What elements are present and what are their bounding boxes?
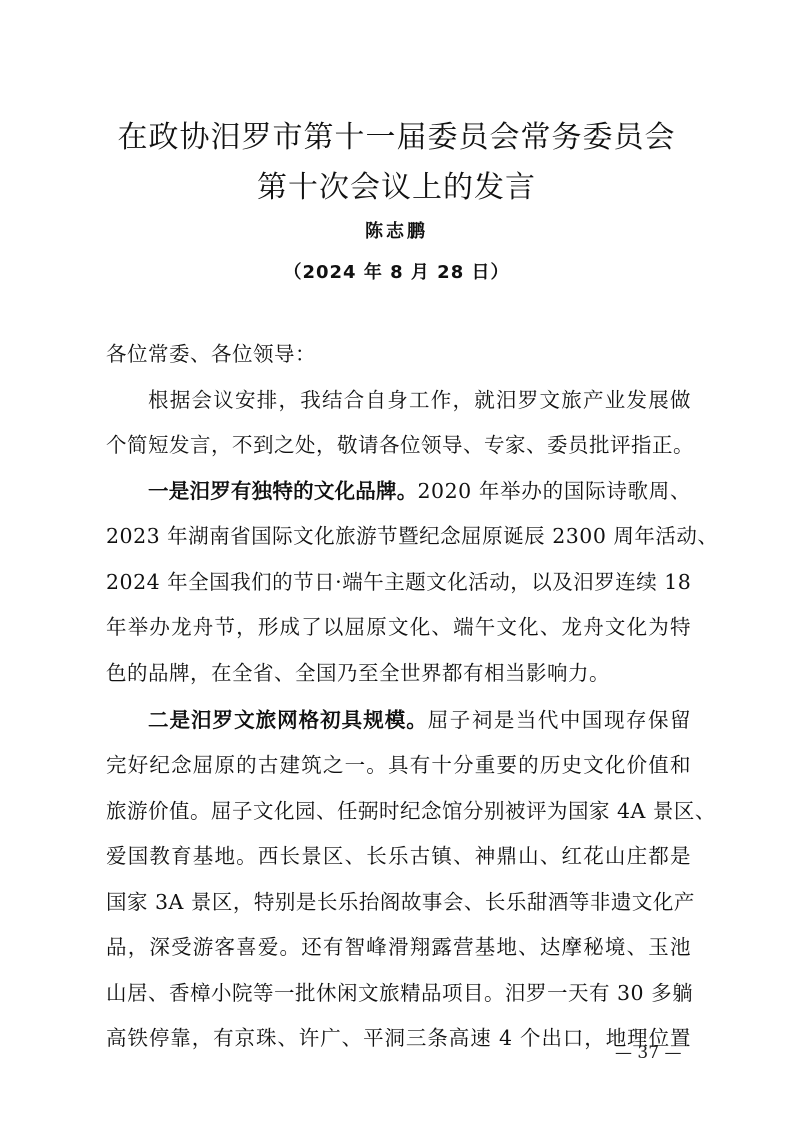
section2-first-line-text: 屈子祠是当代中国现存保留 bbox=[428, 708, 691, 732]
section1-line: 色的品牌，在全省、全国乃至全世界都有相当影响力。 bbox=[106, 660, 691, 686]
section2-line: 完好纪念屈原的古建筑之一。具有十分重要的历史文化价值和 bbox=[106, 752, 691, 778]
page-number: — 37 — bbox=[615, 1043, 681, 1063]
section1-first-line: 一是汨罗有独特的文化品牌。2020 年举办的国际诗歌周、 bbox=[106, 478, 691, 504]
section2-line: 国家 3A 景区，特别是长乐抬阁故事会、长乐甜酒等非遗文化产 bbox=[106, 889, 691, 915]
salutation: 各位常委、各位领导： bbox=[106, 341, 691, 367]
intro-line: 个简短发言，不到之处，敬请各位领导、专家、委员批评指正。 bbox=[106, 432, 691, 458]
section1-heading: 一是汨罗有独特的文化品牌。 bbox=[148, 479, 418, 503]
section1-first-line-text: 2020 年举办的国际诗歌周、 bbox=[418, 479, 692, 503]
section1-line: 2024 年全国我们的节日·端午主题文化活动，以及汨罗连续 18 bbox=[106, 569, 691, 595]
section2-line: 品，深受游客喜爱。还有智峰滑翔露营基地、达摩秘境、玉池 bbox=[106, 934, 691, 960]
section1-line: 年举办龙舟节，形成了以屈原文化、端午文化、龙舟文化为特 bbox=[106, 614, 691, 640]
intro-line: 根据会议安排，我结合自身工作，就汨罗文旅产业发展做 bbox=[106, 387, 691, 413]
title-line-2: 第十次会议上的发言 bbox=[0, 162, 793, 206]
speech-date: （2024 年 8 月 28 日） bbox=[0, 258, 793, 284]
section1-line: 2023 年湖南省国际文化旅游节暨纪念屈原诞辰 2300 周年活动、 bbox=[106, 523, 691, 549]
section2-line: 旅游价值。屈子文化园、任弼时纪念馆分别被评为国家 4A 景区、 bbox=[106, 798, 691, 824]
section2-line: 爱国教育基地。西长景区、长乐古镇、神鼎山、红花山庄都是 bbox=[106, 843, 691, 869]
author-name: 陈志鹏 bbox=[0, 217, 793, 243]
title-line-1: 在政协汨罗市第十一届委员会常务委员会 bbox=[0, 112, 793, 156]
section2-line: 山居、香樟小院等一批休闲文旅精品项目。汨罗一天有 30 多躺 bbox=[106, 980, 691, 1006]
section2-heading: 二是汨罗文旅网格初具规模。 bbox=[148, 708, 428, 732]
section2-first-line: 二是汨罗文旅网格初具规模。屈子祠是当代中国现存保留 bbox=[106, 707, 691, 733]
document-page: 在政协汨罗市第十一届委员会常务委员会 第十次会议上的发言 陈志鹏 （2024 年… bbox=[0, 0, 793, 1122]
section2-line: 高铁停靠，有京珠、许广、平洞三条高速 4 个出口，地理位置 bbox=[106, 1025, 691, 1051]
